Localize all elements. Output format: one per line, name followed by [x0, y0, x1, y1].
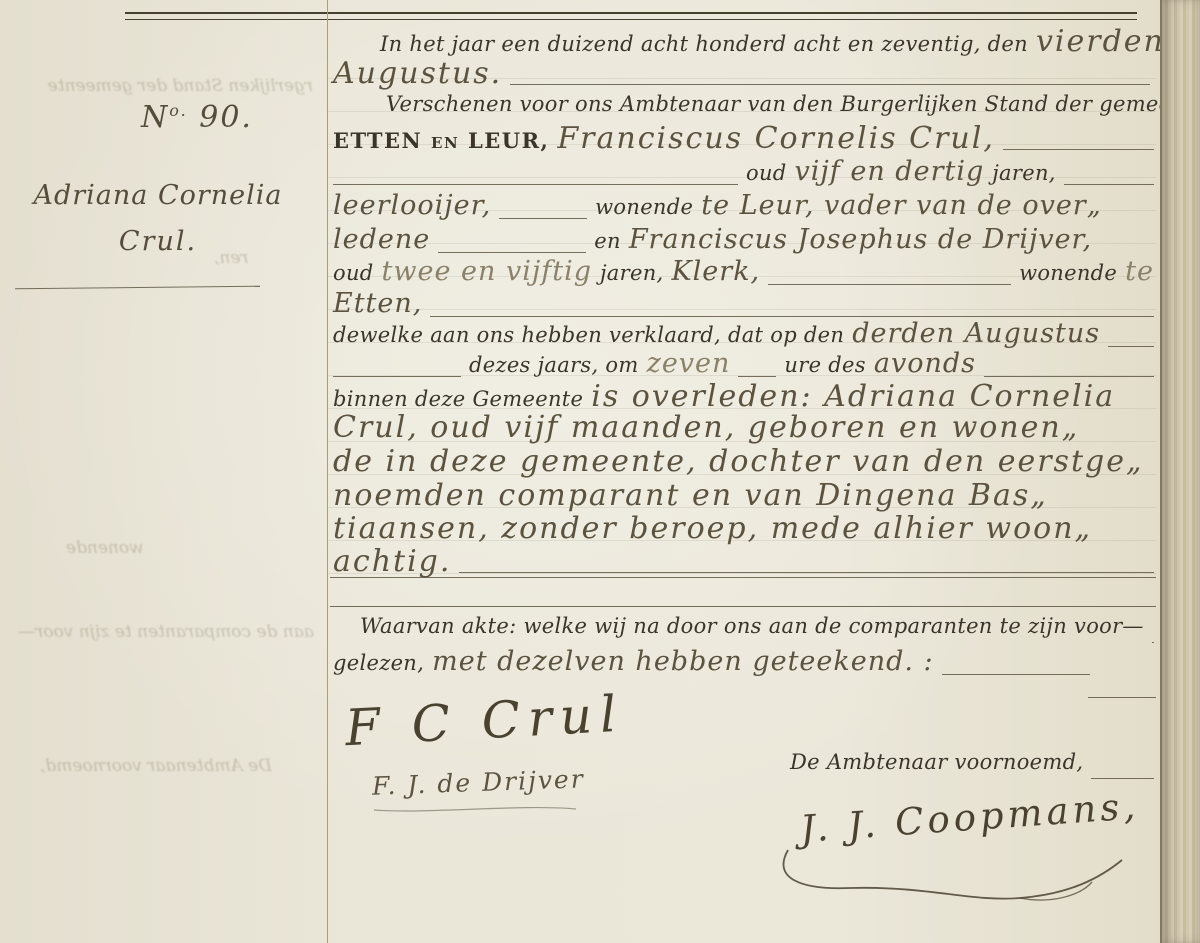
bleedthrough-text: wonende	[66, 538, 144, 558]
filler-line	[499, 218, 587, 219]
filler-line	[942, 674, 1090, 675]
form-line-age2: oud twee en vijftig jaren, Klerk, wonend…	[333, 256, 1154, 292]
handwritten-text: met dezelven hebben geteekend. :	[432, 646, 934, 677]
handwritten-text: Crul, oud vijf maanden, geboren en wonen…	[333, 410, 1079, 445]
printed-text: wonende	[1019, 261, 1117, 285]
filler-line	[1064, 184, 1154, 185]
form-line-closing2: gelezen, met dezelven hebben geteekend. …	[333, 646, 1090, 682]
handwritten-text: ledene	[333, 224, 430, 255]
handwritten-text: twee en vijftig	[382, 256, 592, 287]
act-number-sup: o.	[169, 101, 187, 120]
filler-line	[430, 316, 1154, 317]
printed-text: dewelke aan ons hebben verklaard, dat op…	[333, 323, 844, 347]
filler-line	[333, 184, 738, 185]
bleedthrough-text: De Ambtenaar voornoemd,	[40, 756, 272, 776]
printed-text: jaren,	[992, 161, 1056, 185]
filler-line	[1108, 346, 1154, 347]
printed-text: Waarvan akte: welke wij na door ons aan …	[360, 614, 1144, 638]
form-line-declarant2: ledene en Franciscus Josephus de Drijver…	[333, 224, 1154, 260]
handwritten-text: noemden comparant en van Dingena Bas„	[333, 478, 1048, 513]
handwritten-text: vijf en dertig	[795, 156, 985, 187]
form-line-details3: noemden comparant en van Dingena Bas„	[333, 478, 1154, 514]
filler-line	[459, 572, 1154, 573]
filler-line	[438, 252, 586, 253]
form-line-age1: oud vijf en dertig jaren,	[333, 156, 1154, 192]
death-certificate-page: rgerlijken Stand der gemeente ren, wonen…	[0, 0, 1200, 943]
printed-text: gelezen,	[333, 651, 424, 675]
handwritten-text: avonds	[874, 348, 976, 379]
printed-text: In het jaar een duizend acht honderd ach…	[380, 32, 1028, 56]
margin-underline	[15, 286, 260, 290]
printed-text: Verschenen voor ons Ambtenaar van den Bu…	[386, 92, 1200, 116]
book-edge	[1160, 0, 1200, 943]
printed-text: en	[594, 229, 621, 253]
printed-text: jaren,	[600, 261, 664, 285]
printed-text: ure des	[784, 353, 865, 377]
officer-caption-line: De Ambtenaar voornoemd,	[790, 750, 1154, 786]
filler-line	[1003, 149, 1154, 150]
act-number-n: N	[141, 100, 169, 135]
signature-flourish	[770, 838, 1140, 908]
handwritten-text: Etten,	[333, 288, 422, 319]
short-filler-line	[1088, 697, 1156, 698]
municipality-name: ETTEN EN LEUR,	[333, 128, 549, 153]
form-line-details5: achtig.	[333, 544, 1154, 580]
form-line-year: In het jaar een duizend acht honderd ach…	[380, 24, 1154, 60]
form-line-details4: tiaansen, zonder beroep, mede alhier woo…	[333, 511, 1154, 547]
handwritten-text: zeven	[647, 348, 731, 379]
handwritten-text: derden Augustus	[852, 318, 1100, 349]
handwritten-text: te Leur, vader van de over„	[701, 190, 1101, 221]
handwritten-text: tiaansen, zonder beroep, mede alhier woo…	[333, 511, 1092, 546]
filler-line	[1152, 642, 1154, 643]
handwritten-text: vierden	[1036, 24, 1165, 59]
bleedthrough-text: rgerlijken Stand der gemeente	[28, 76, 313, 96]
form-line-municipality: ETTEN EN LEUR, Franciscus Cornelis Crul,	[333, 121, 1154, 157]
act-number: No. 90.	[112, 100, 282, 135]
form-line-occupation1: leerlooijer, wonende te Leur, vader van …	[333, 190, 1154, 226]
officer-caption: De Ambtenaar voornoemd,	[790, 750, 1083, 774]
handwritten-text: de in deze gemeente, dochter van den eer…	[333, 444, 1144, 479]
signature-crul: F C Crul	[344, 685, 626, 758]
margin-vertical-rule	[327, 0, 328, 943]
filler-line	[510, 84, 1150, 85]
form-line-closing1: Waarvan akte: welke wij na door ons aan …	[360, 614, 1154, 650]
filler-line	[768, 284, 1011, 285]
handwritten-text: leerlooijer,	[333, 190, 491, 221]
act-number-value: 90.	[199, 100, 253, 135]
printed-text: oud	[333, 261, 374, 285]
handwritten-text: achtig.	[333, 544, 451, 579]
signature-underline-flourish	[370, 802, 580, 816]
handwritten-text: Franciscus Cornelis Crul,	[557, 121, 995, 156]
deceased-name-line2: Crul.	[8, 226, 308, 257]
form-line-details2: de in deze gemeente, dochter van den eer…	[333, 444, 1154, 480]
top-double-rule	[125, 12, 1137, 20]
handwritten-text: is overleden: Adriana Cornelia	[591, 379, 1115, 414]
handwritten-text: Klerk,	[672, 256, 761, 287]
handwritten-text: Franciscus Josephus de Drijver,	[629, 224, 1092, 255]
filler-line	[738, 376, 776, 377]
filler-line	[333, 376, 461, 377]
filler-line	[1091, 778, 1154, 779]
form-line-details1: Crul, oud vijf maanden, geboren en wonen…	[333, 410, 1154, 446]
filler-line	[984, 376, 1154, 377]
form-line-month: Augustus.	[333, 56, 1150, 92]
deceased-name-line1: Adriana Cornelia	[8, 180, 308, 211]
separator-rule-2	[330, 606, 1156, 607]
bleedthrough-text: aan de comparanten te zijn voor—	[14, 622, 314, 642]
printed-text: binnen deze Gemeente	[333, 387, 583, 411]
printed-text: dezes jaars, om	[469, 353, 639, 377]
printed-text: oud	[746, 161, 787, 185]
printed-text: wonende	[595, 195, 693, 219]
handwritten-text: te	[1125, 256, 1154, 287]
signature-de-drijver: F. J. de Drijver	[372, 764, 586, 800]
handwritten-text: Augustus.	[333, 56, 502, 91]
